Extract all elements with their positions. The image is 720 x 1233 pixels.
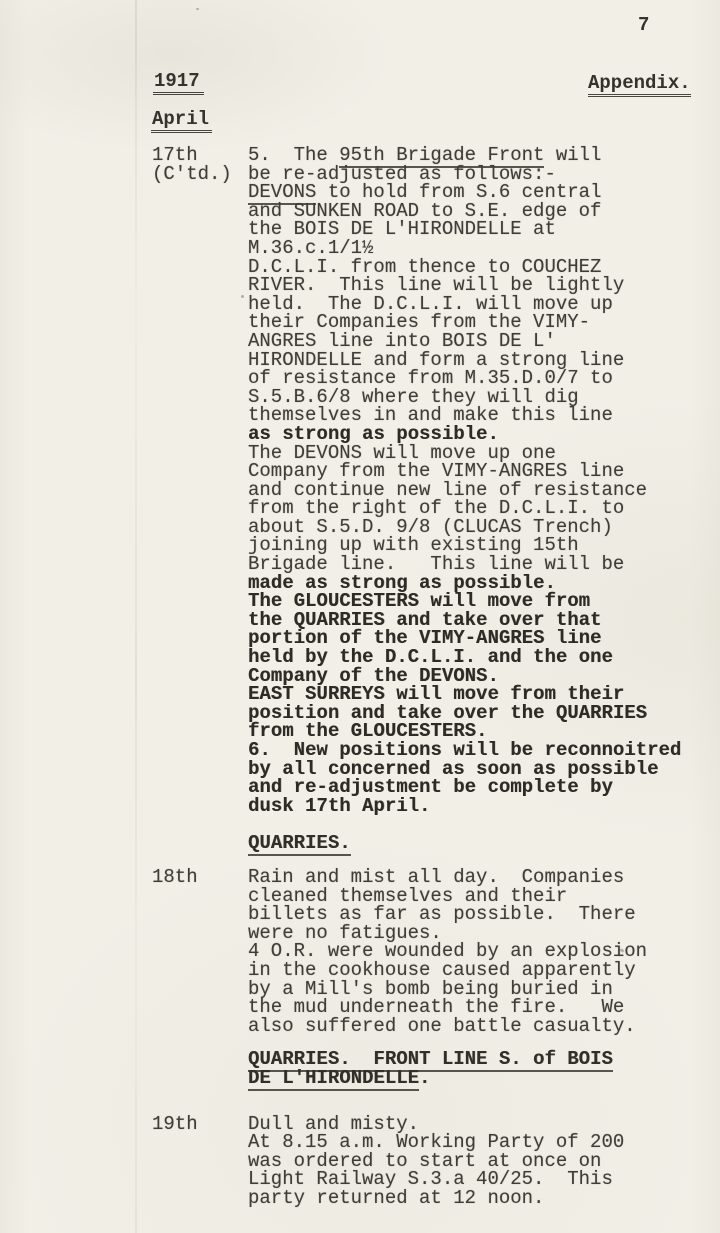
- text-line: also suffered one battle casualty.: [248, 1017, 647, 1036]
- entry-text: QUARRIES. FRONT LINE S. of BOISDE L'HIRO…: [248, 1050, 613, 1087]
- entry-date-line: 18th: [152, 868, 248, 887]
- text-line: dusk 17th April.: [248, 797, 681, 816]
- text-line: party returned at 12 noon.: [248, 1189, 624, 1208]
- section-heading: QUARRIES. FRONT LINE S. of BOISDE L'HIRO…: [152, 1050, 712, 1087]
- entry-date-line: 19th: [152, 1115, 248, 1134]
- paper-crease: [135, 0, 137, 1233]
- entry-text: 5. The 95th Brigade Front willbe re-adju…: [248, 146, 681, 815]
- year-heading: 1917: [153, 70, 204, 95]
- entry-date: 18th: [152, 868, 248, 887]
- text-segment: .: [419, 1067, 430, 1089]
- diary-body: 17th(C'td.)5. The 95th Brigade Front wil…: [152, 146, 712, 1207]
- entry-date: 19th: [152, 1115, 248, 1134]
- entry-text: QUARRIES.: [248, 834, 351, 853]
- text-line: QUARRIES.: [248, 834, 351, 853]
- entry-date: 17th(C'td.): [152, 146, 248, 183]
- entry-text: Dull and misty.At 8.15 a.m. Working Part…: [248, 1115, 624, 1208]
- underlined-text: DE L'HIRONDELLE: [248, 1067, 419, 1091]
- underlined-text: QUARRIES.: [248, 832, 351, 856]
- page-number: 7: [638, 14, 649, 36]
- text-segment: also suffered one battle casualty.: [248, 1015, 636, 1037]
- entry-date-line: (C'td.): [152, 165, 248, 184]
- entry-text: Rain and mist all day. Companiescleaned …: [248, 868, 647, 1035]
- text-segment: party returned at 12 noon.: [248, 1187, 544, 1209]
- month-heading: April: [151, 108, 212, 133]
- diary-entry: 18thRain and mist all day. Companiesclea…: [152, 868, 712, 1035]
- paper-speck: [196, 8, 199, 10]
- diary-entry: 19thDull and misty.At 8.15 a.m. Working …: [152, 1115, 712, 1208]
- text-segment: dusk 17th April.: [248, 795, 430, 817]
- scanned-diary-page: 7 1917 Appendix. April 17th(C'td.)5. The…: [0, 0, 720, 1233]
- entry-date-line: 17th: [152, 146, 248, 165]
- section-heading: QUARRIES.: [152, 834, 712, 853]
- appendix-label: Appendix.: [588, 72, 691, 97]
- diary-entry: 17th(C'td.)5. The 95th Brigade Front wil…: [152, 146, 712, 815]
